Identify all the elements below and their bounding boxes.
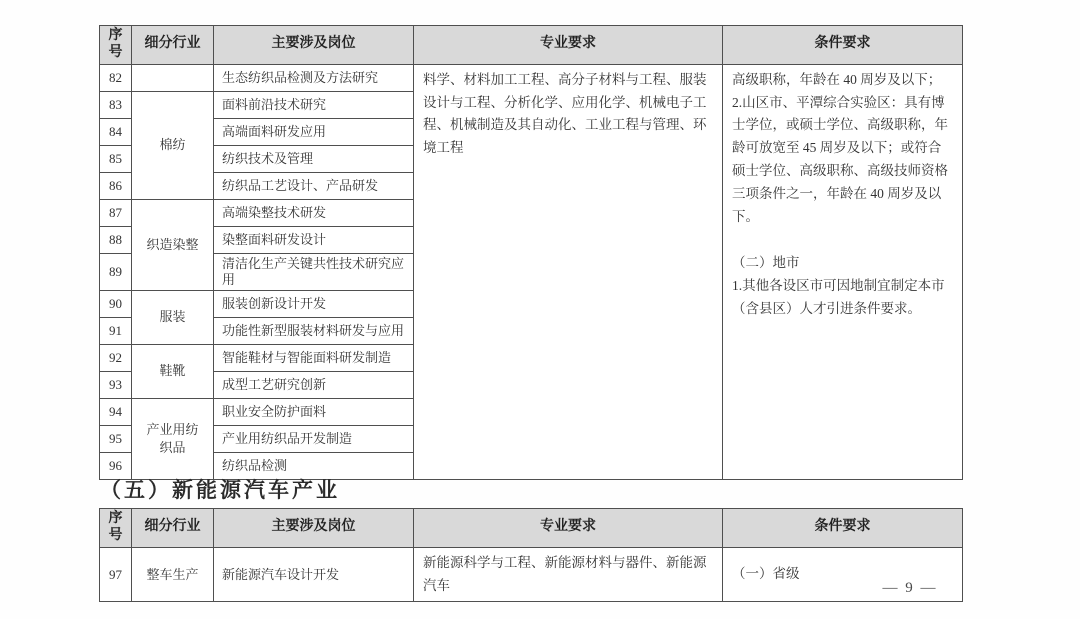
table-header-row: 序号 细分行业 主要涉及岗位 专业要求 条件要求 bbox=[100, 26, 963, 65]
page-number: — 9 — bbox=[855, 580, 965, 597]
position-cell: 染整面料研发设计 bbox=[214, 226, 414, 253]
document-page: 序号 细分行业 主要涉及岗位 专业要求 条件要求 82 生态纺织品检测及方法研究… bbox=[0, 0, 1080, 619]
seq-cell: 94 bbox=[100, 398, 132, 425]
header-condition-requirements: 条件要求 bbox=[723, 509, 963, 548]
seq-cell: 84 bbox=[100, 118, 132, 145]
header-major-requirements: 专业要求 bbox=[414, 509, 723, 548]
industry-cell: 服装 bbox=[132, 290, 214, 344]
seq-cell: 82 bbox=[100, 64, 132, 91]
seq-cell: 97 bbox=[100, 547, 132, 602]
seq-cell: 87 bbox=[100, 199, 132, 226]
header-seq-number: 序号 bbox=[100, 509, 132, 548]
position-cell: 面料前沿技术研究 bbox=[214, 91, 414, 118]
seq-cell: 83 bbox=[100, 91, 132, 118]
position-cell: 新能源汽车设计开发 bbox=[214, 547, 414, 602]
position-cell: 服装创新设计开发 bbox=[214, 290, 414, 317]
industry-cell: 织造染整 bbox=[132, 199, 214, 290]
seq-cell: 91 bbox=[100, 317, 132, 344]
table-row: 97 整车生产 新能源汽车设计开发 新能源科学与工程、新能源材料与器件、新能源汽… bbox=[100, 547, 963, 602]
position-cell: 高端染整技术研发 bbox=[214, 199, 414, 226]
seq-cell: 89 bbox=[100, 253, 132, 290]
table-header-row: 序号 细分行业 主要涉及岗位 专业要求 条件要求 bbox=[100, 509, 963, 548]
industry-cell: 整车生产 bbox=[132, 547, 214, 602]
major-requirement-cell: 新能源科学与工程、新能源材料与器件、新能源汽车 bbox=[414, 547, 723, 602]
major-requirement-cell: 料学、材料加工工程、高分子材料与工程、服装设计与工程、分析化学、应用化学、机械电… bbox=[414, 64, 723, 479]
new-energy-vehicle-table: 序号 细分行业 主要涉及岗位 专业要求 条件要求 97 整车生产 新能源汽车设计… bbox=[99, 508, 963, 602]
position-cell: 成型工艺研究创新 bbox=[214, 371, 414, 398]
position-cell: 生态纺织品检测及方法研究 bbox=[214, 64, 414, 91]
position-cell: 清洁化生产关键共性技术研究应用 bbox=[214, 253, 414, 290]
seq-cell: 93 bbox=[100, 371, 132, 398]
header-sub-industry: 细分行业 bbox=[132, 26, 214, 65]
seq-cell: 90 bbox=[100, 290, 132, 317]
header-condition-requirements: 条件要求 bbox=[723, 26, 963, 65]
seq-cell: 88 bbox=[100, 226, 132, 253]
textile-industry-positions-table: 序号 细分行业 主要涉及岗位 专业要求 条件要求 82 生态纺织品检测及方法研究… bbox=[99, 25, 963, 480]
industry-cell bbox=[132, 64, 214, 91]
industry-cell: 鞋靴 bbox=[132, 344, 214, 398]
position-cell: 纺织品工艺设计、产品研发 bbox=[214, 172, 414, 199]
header-main-positions: 主要涉及岗位 bbox=[214, 509, 414, 548]
seq-cell: 92 bbox=[100, 344, 132, 371]
position-cell: 智能鞋材与智能面料研发制造 bbox=[214, 344, 414, 371]
position-cell: 功能性新型服装材料研发与应用 bbox=[214, 317, 414, 344]
seq-cell: 85 bbox=[100, 145, 132, 172]
header-main-positions: 主要涉及岗位 bbox=[214, 26, 414, 65]
position-cell: 产业用纺织品开发制造 bbox=[214, 425, 414, 452]
industry-cell: 产业用纺织品 bbox=[132, 398, 214, 479]
seq-cell: 86 bbox=[100, 172, 132, 199]
industry-cell: 棉纺 bbox=[132, 91, 214, 199]
condition-requirement-cell: 高级职称，年龄在 40 周岁及以下； 2.山区市、平潭综合实验区：具有博士学位，… bbox=[723, 64, 963, 479]
position-cell: 高端面料研发应用 bbox=[214, 118, 414, 145]
header-seq-number: 序号 bbox=[100, 26, 132, 65]
header-sub-industry: 细分行业 bbox=[132, 509, 214, 548]
position-cell: 职业安全防护面料 bbox=[214, 398, 414, 425]
section-heading: （五）新能源汽车产业 bbox=[100, 474, 340, 504]
position-cell: 纺织技术及管理 bbox=[214, 145, 414, 172]
table-row: 82 生态纺织品检测及方法研究 料学、材料加工工程、高分子材料与工程、服装设计与… bbox=[100, 64, 963, 91]
header-major-requirements: 专业要求 bbox=[414, 26, 723, 65]
seq-cell: 95 bbox=[100, 425, 132, 452]
